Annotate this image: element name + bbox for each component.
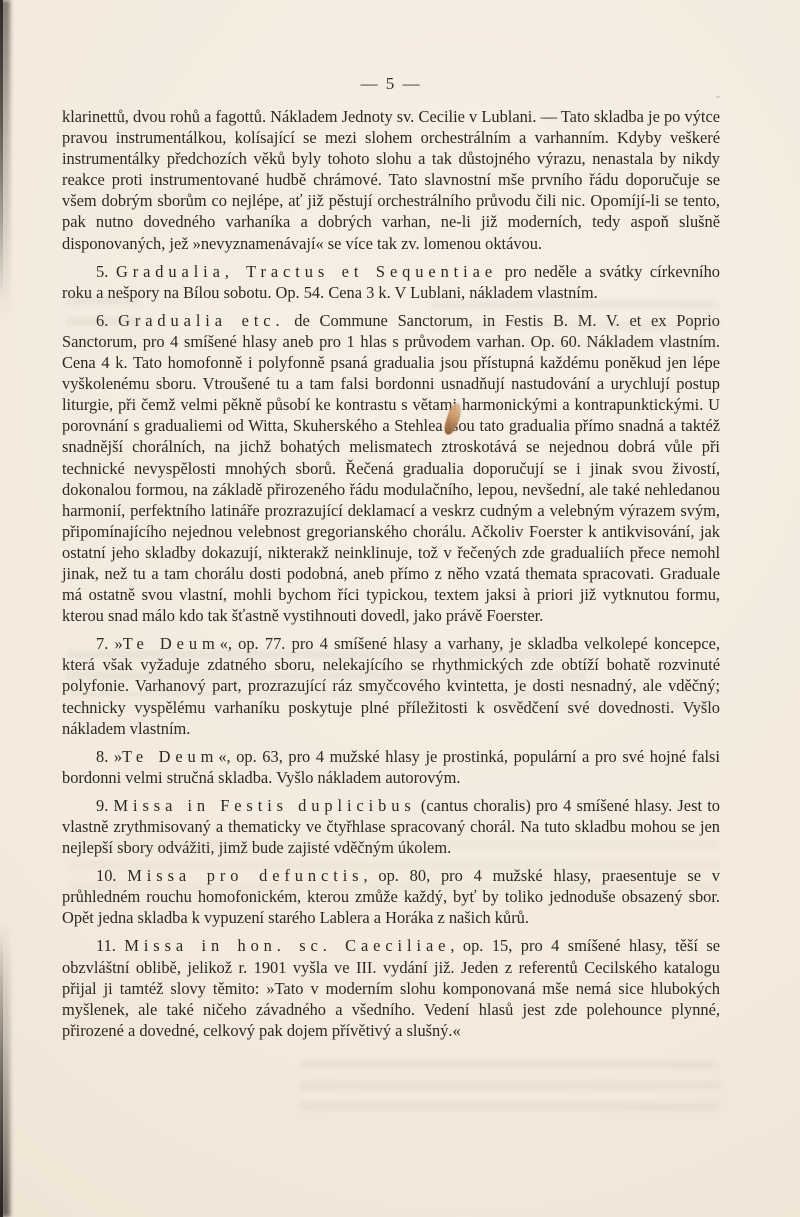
bleedthrough-ghost xyxy=(390,700,720,720)
paragraph-item-5: 5. Gradualia, Tractus et Sequentiae pro … xyxy=(62,261,720,303)
paragraph-item-8: 8. »Te Deum«, op. 63, pro 4 mužské hlasy… xyxy=(62,746,720,788)
scanned-book-page: — 5 — klarinettů, dvou rohů a fagottů. N… xyxy=(0,0,800,1217)
bleedthrough-ghost xyxy=(66,296,140,340)
bleedthrough-ghost xyxy=(430,300,720,346)
paragraph-item-6: 6. Gradualia etc. de Commune Sanctorum, … xyxy=(62,310,720,626)
paragraph-continuation: klarinettů, dvou rohů a fagottů. Náklade… xyxy=(62,106,720,254)
paper-speck xyxy=(716,96,720,98)
page-number: — 5 — xyxy=(62,74,720,94)
bleedthrough-ghost xyxy=(66,650,586,696)
paper-speck xyxy=(236,140,239,144)
bleedthrough-ghost xyxy=(70,840,720,904)
paragraph-item-11: 11. Missa in hon. sc. Caeciliae, op. 15,… xyxy=(62,935,720,1040)
scan-edge-line xyxy=(0,0,3,1217)
bleedthrough-ghost xyxy=(300,1060,720,1112)
